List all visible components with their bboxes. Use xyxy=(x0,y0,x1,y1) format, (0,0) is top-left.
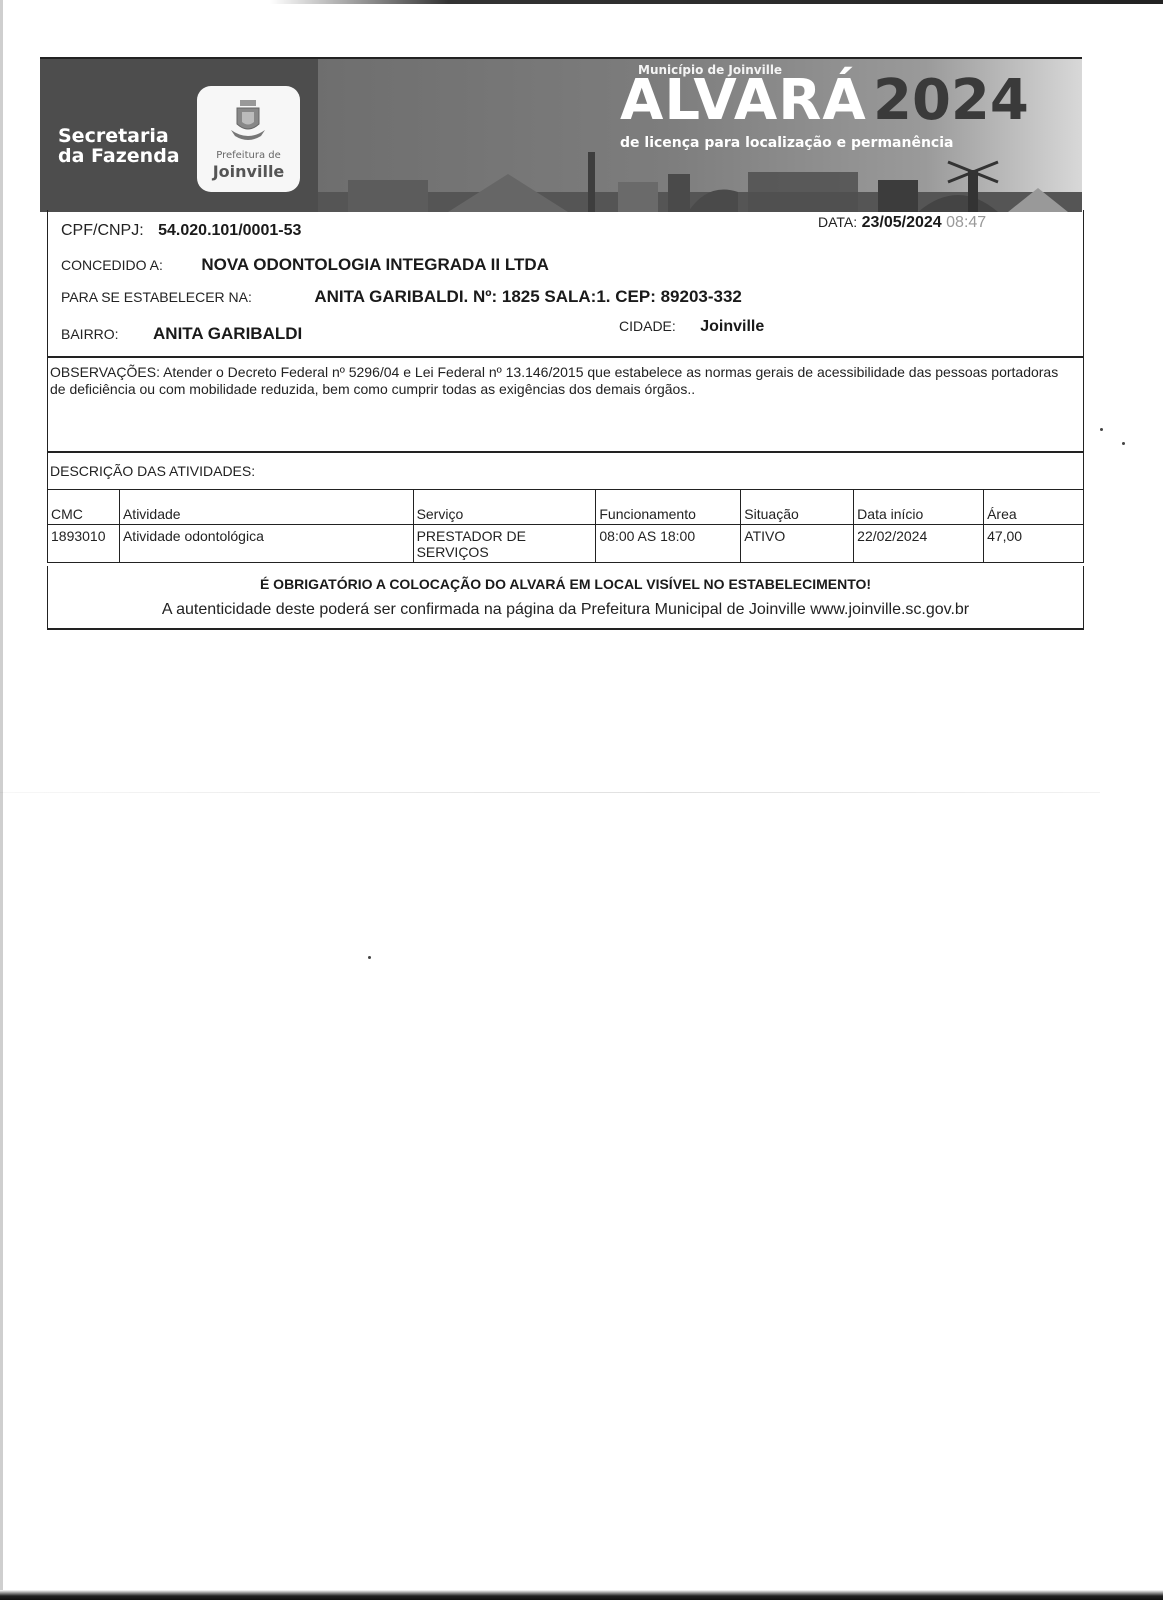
prefeitura-logo: Prefeitura de Joinville xyxy=(197,86,300,192)
time-value: 08:47 xyxy=(946,214,986,231)
city-label: CIDADE: xyxy=(619,318,676,334)
scan-edge-bottom xyxy=(0,1590,1163,1600)
date-row: DATA: 23/05/2024 08:47 xyxy=(818,214,986,232)
granted-to-row: CONCEDIDO A: NOVA ODONTOLOGIA INTEGRADA … xyxy=(61,255,549,275)
column-header-atividade: Atividade xyxy=(119,490,413,525)
cell-data-inicio: 22/02/2024 xyxy=(854,525,984,563)
date-value: 23/05/2024 xyxy=(862,214,942,231)
cell-funcionamento: 08:00 AS 18:00 xyxy=(596,525,741,563)
activities-title: DESCRIÇÃO DAS ATIVIDADES: xyxy=(50,463,255,479)
scan-edge-top xyxy=(270,0,1163,4)
cell-situacao: ATIVO xyxy=(741,525,854,563)
table-header-row: CMC Atividade Serviço Funcionamento Situ… xyxy=(48,490,1084,525)
alvara-title: ALVARÁ xyxy=(620,71,867,131)
city-value: Joinville xyxy=(700,318,764,335)
column-header-area: Área xyxy=(984,490,1084,525)
scan-speck xyxy=(368,956,371,959)
scan-edge-left xyxy=(0,0,3,1600)
scan-speck xyxy=(1122,442,1125,445)
header-banner: Secretaria da Fazenda Prefeitura de Join… xyxy=(40,57,1082,212)
observations-section: OBSERVAÇÕES: Atender o Decreto Federal n… xyxy=(47,356,1084,453)
logo-prefeitura-text: Prefeitura de xyxy=(197,150,300,161)
activities-table: CMC Atividade Serviço Funcionamento Situ… xyxy=(47,489,1084,563)
department-line2: da Fazenda xyxy=(58,146,180,166)
coat-of-arms-icon xyxy=(231,100,265,144)
logo-city-text: Joinville xyxy=(197,162,300,181)
activities-section: DESCRIÇÃO DAS ATIVIDADES: xyxy=(47,451,1084,489)
cell-servico: PRESTADOR DE SERVIÇOS xyxy=(413,525,596,563)
cell-atividade: Atividade odontológica xyxy=(119,525,413,563)
scan-speck xyxy=(1100,428,1103,431)
footer-section: É OBRIGATÓRIO A COLOCAÇÃO DO ALVARÁ EM L… xyxy=(47,566,1084,630)
mandatory-display-notice: É OBRIGATÓRIO A COLOCAÇÃO DO ALVARÁ EM L… xyxy=(48,576,1083,592)
paper-fold-line xyxy=(0,792,1100,793)
department-title: Secretaria da Fazenda xyxy=(58,126,180,166)
address-value: ANITA GARIBALDI. Nº: 1825 SALA:1. CEP: 8… xyxy=(314,287,742,306)
neighborhood-label: BAIRRO: xyxy=(61,326,119,342)
city-skyline-icon xyxy=(318,152,1082,212)
city-row: CIDADE: Joinville xyxy=(619,318,764,336)
table-row: 1893010 Atividade odontológica PRESTADOR… xyxy=(48,525,1084,563)
column-header-servico: Serviço xyxy=(413,490,596,525)
cpf-cnpj-value: 54.020.101/0001-53 xyxy=(158,222,301,239)
column-header-data-inicio: Data início xyxy=(854,490,984,525)
license-info-section: CPF/CNPJ: 54.020.101/0001-53 DATA: 23/05… xyxy=(47,210,1084,358)
granted-to-value: NOVA ODONTOLOGIA INTEGRADA II LTDA xyxy=(201,255,549,274)
date-label: DATA: xyxy=(818,214,857,230)
cpf-cnpj-label: CPF/CNPJ: xyxy=(61,222,144,239)
alvara-subtitle: de licença para localização e permanênci… xyxy=(620,135,953,151)
authenticity-notice: A autenticidade deste poderá ser confirm… xyxy=(48,601,1083,619)
observations-text: OBSERVAÇÕES: Atender o Decreto Federal n… xyxy=(50,364,1060,398)
granted-to-label: CONCEDIDO A: xyxy=(61,257,163,273)
cell-cmc: 1893010 xyxy=(48,525,120,563)
neighborhood-row: BAIRRO: ANITA GARIBALDI xyxy=(61,324,302,344)
column-header-situacao: Situação xyxy=(741,490,854,525)
address-label: PARA SE ESTABELECER NA: xyxy=(61,289,252,305)
address-row: PARA SE ESTABELECER NA: ANITA GARIBALDI.… xyxy=(61,287,742,307)
cpf-cnpj-row: CPF/CNPJ: 54.020.101/0001-53 xyxy=(61,222,301,240)
cell-area: 47,00 xyxy=(984,525,1084,563)
neighborhood-value: ANITA GARIBALDI xyxy=(153,324,302,343)
alvara-year: 2024 xyxy=(873,71,1029,131)
alvara-document: Secretaria da Fazenda Prefeitura de Join… xyxy=(47,47,1082,640)
department-line1: Secretaria xyxy=(58,126,180,146)
column-header-funcionamento: Funcionamento xyxy=(596,490,741,525)
column-header-cmc: CMC xyxy=(48,490,120,525)
